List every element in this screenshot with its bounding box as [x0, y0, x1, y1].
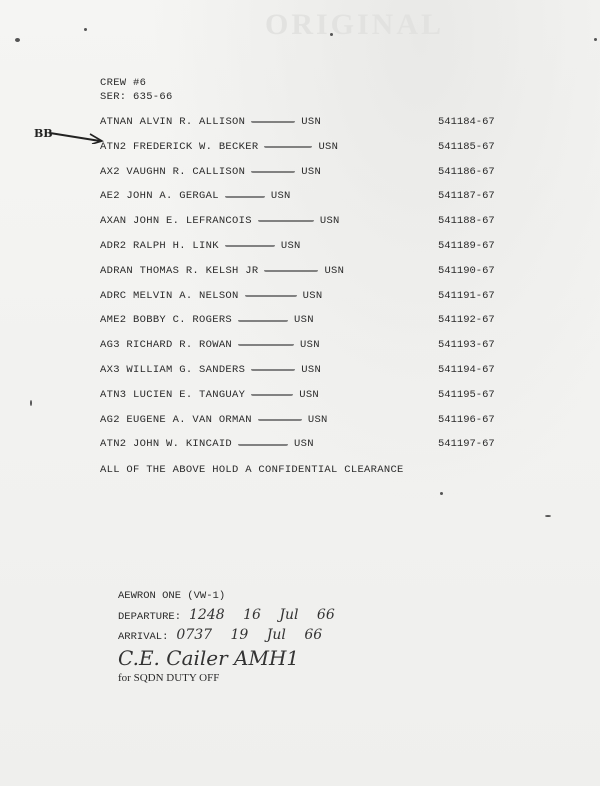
crew-rank: AG3 [100, 339, 120, 351]
crew-rank: ATNAN [100, 116, 133, 128]
crew-entry: AX2 VAUGHN R. CALLISONUSN [100, 166, 321, 178]
crew-row: AG3 RICHARD R. ROWANUSN541193-67 [100, 339, 580, 353]
crew-service: USN [320, 215, 340, 227]
crew-number: 541188-67 [438, 215, 495, 227]
crew-number: 541194-67 [438, 364, 495, 376]
margin-mark-label: BB [34, 127, 53, 140]
serial-number: SER: 635-66 [100, 91, 173, 103]
crew-entry: ATN3 LUCIEN E. TANGUAYUSN [100, 389, 319, 401]
redaction-mark [264, 266, 318, 272]
crew-row: AME2 BOBBY C. ROGERSUSN541192-67 [100, 314, 580, 328]
crew-name: BOBBY C. ROGERS [133, 314, 232, 326]
crew-rank: AG2 [100, 414, 120, 426]
signature: C.E. Cailer AMH1 [118, 646, 299, 670]
crew-number: 541191-67 [438, 290, 495, 302]
crew-number: 541187-67 [438, 190, 495, 202]
crew-row: AE2 JOHN A. GERGALUSN541187-67 [100, 190, 580, 204]
crew-number: CREW #6 [100, 77, 146, 89]
crew-name: RICHARD R. ROWAN [126, 339, 232, 351]
crew-number: 541195-67 [438, 389, 495, 401]
crew-rank: AX3 [100, 364, 120, 376]
crew-service: USN [308, 414, 328, 426]
arrival-line: ARRIVAL:0737 19 Jul 66 [118, 627, 322, 643]
crew-service: USN [271, 190, 291, 202]
arrival-value: 0737 19 Jul 66 [176, 627, 322, 643]
redaction-mark [238, 340, 294, 346]
redaction-mark [258, 216, 314, 222]
crew-service: USN [324, 265, 344, 277]
crew-rank: ADRAN [100, 265, 133, 277]
crew-number: 541196-67 [438, 414, 495, 426]
crew-name: JOHN W. KINCAID [133, 438, 232, 450]
redaction-mark [264, 142, 312, 148]
crew-row: ADRC MELVIN A. NELSONUSN541191-67 [100, 290, 580, 304]
crew-number: 541193-67 [438, 339, 495, 351]
crew-name: WILLIAM G. SANDERS [126, 364, 245, 376]
redaction-mark [245, 291, 297, 297]
crew-rank: AME2 [100, 314, 126, 326]
crew-entry: ADRC MELVIN A. NELSONUSN [100, 290, 322, 302]
clearance-note: ALL OF THE ABOVE HOLD A CONFIDENTIAL CLE… [100, 464, 404, 476]
crew-entry: AXAN JOHN E. LEFRANCOISUSN [100, 215, 340, 227]
crew-entry: AG2 EUGENE A. VAN ORMANUSN [100, 414, 328, 426]
crew-service: USN [300, 339, 320, 351]
crew-row: AXAN JOHN E. LEFRANCOISUSN541188-67 [100, 215, 580, 229]
redaction-mark [225, 192, 265, 198]
crew-entry: ATN2 JOHN W. KINCAIDUSN [100, 438, 314, 450]
crew-service: USN [301, 364, 321, 376]
crew-name: VAUGHN R. CALLISON [126, 166, 245, 178]
crew-number: 541197-67 [438, 438, 495, 450]
departure-line: DEPARTURE:1248 16 Jul 66 [118, 607, 335, 623]
redaction-mark [238, 316, 288, 322]
crew-name: RALPH H. LINK [133, 240, 219, 252]
redaction-mark [238, 440, 288, 446]
crew-number: 541186-67 [438, 166, 495, 178]
signed-for: for SQDN DUTY OFF [118, 672, 219, 684]
crew-name: JOHN A. GERGAL [126, 190, 218, 202]
unit-stamp: AEWRON ONE (VW-1) [118, 590, 225, 602]
crew-row: ADRAN THOMAS R. KELSH JRUSN541190-67 [100, 265, 580, 279]
crew-name: JOHN E. LEFRANCOIS [133, 215, 252, 227]
crew-entry: ADRAN THOMAS R. KELSH JRUSN [100, 265, 344, 277]
crew-service: USN [299, 389, 319, 401]
crew-name: MELVIN A. NELSON [133, 290, 239, 302]
crew-service: USN [301, 116, 321, 128]
crew-entry: ATNAN ALVIN R. ALLISONUSN [100, 116, 321, 128]
crew-entry: AME2 BOBBY C. ROGERSUSN [100, 314, 314, 326]
arrival-label: ARRIVAL: [118, 631, 168, 643]
redaction-mark [251, 117, 295, 123]
crew-rank: AX2 [100, 166, 120, 178]
crew-row: AX2 VAUGHN R. CALLISONUSN541186-67 [100, 166, 580, 180]
crew-row: ADR2 RALPH H. LINKUSN541189-67 [100, 240, 580, 254]
crew-entry: AG3 RICHARD R. ROWANUSN [100, 339, 320, 351]
crew-row: ATN3 LUCIEN E. TANGUAYUSN541195-67 [100, 389, 580, 403]
crew-entry: AE2 JOHN A. GERGALUSN [100, 190, 291, 202]
crew-name: FREDERICK W. BECKER [133, 141, 258, 153]
crew-row: ATN2 JOHN W. KINCAIDUSN541197-67 [100, 438, 580, 452]
crew-row: AG2 EUGENE A. VAN ORMANUSN541196-67 [100, 414, 580, 428]
crew-number: 541192-67 [438, 314, 495, 326]
crew-number: 541184-67 [438, 116, 495, 128]
departure-label: DEPARTURE: [118, 611, 181, 623]
crew-service: USN [301, 166, 321, 178]
crew-rank: ADR2 [100, 240, 126, 252]
crew-service: USN [303, 290, 323, 302]
crew-name: THOMAS R. KELSH JR [140, 265, 259, 277]
crew-rank: ATN2 [100, 141, 126, 153]
crew-entry: ADR2 RALPH H. LINKUSN [100, 240, 301, 252]
crew-rank: ATN3 [100, 389, 126, 401]
crew-row: ATN2 FREDERICK W. BECKERUSN541185-67 [100, 141, 580, 155]
redaction-mark [251, 167, 295, 173]
document-page: ORIGINAL CREW #6 SER: 635-66 BB ATNAN AL… [0, 0, 600, 786]
crew-rank: ATN2 [100, 438, 126, 450]
crew-service: USN [281, 240, 301, 252]
crew-row: ATNAN ALVIN R. ALLISONUSN541184-67 [100, 116, 580, 130]
departure-value: 1248 16 Jul 66 [189, 607, 335, 623]
watermark: ORIGINAL [265, 8, 444, 42]
crew-service: USN [294, 438, 314, 450]
redaction-mark [225, 241, 275, 247]
crew-service: USN [318, 141, 338, 153]
redaction-mark [251, 365, 295, 371]
crew-number: 541189-67 [438, 240, 495, 252]
crew-rank: AXAN [100, 215, 126, 227]
crew-rank: ADRC [100, 290, 126, 302]
crew-row: AX3 WILLIAM G. SANDERSUSN541194-67 [100, 364, 580, 378]
crew-entry: ATN2 FREDERICK W. BECKERUSN [100, 141, 338, 153]
crew-number: 541185-67 [438, 141, 495, 153]
crew-number: 541190-67 [438, 265, 495, 277]
redaction-mark [251, 390, 293, 396]
crew-service: USN [294, 314, 314, 326]
handwritten-arrow-icon: BB [34, 124, 106, 144]
crew-name: ALVIN R. ALLISON [140, 116, 246, 128]
crew-name: LUCIEN E. TANGUAY [133, 389, 245, 401]
redaction-mark [258, 415, 302, 421]
crew-entry: AX3 WILLIAM G. SANDERSUSN [100, 364, 321, 376]
crew-name: EUGENE A. VAN ORMAN [126, 414, 251, 426]
crew-rank: AE2 [100, 190, 120, 202]
